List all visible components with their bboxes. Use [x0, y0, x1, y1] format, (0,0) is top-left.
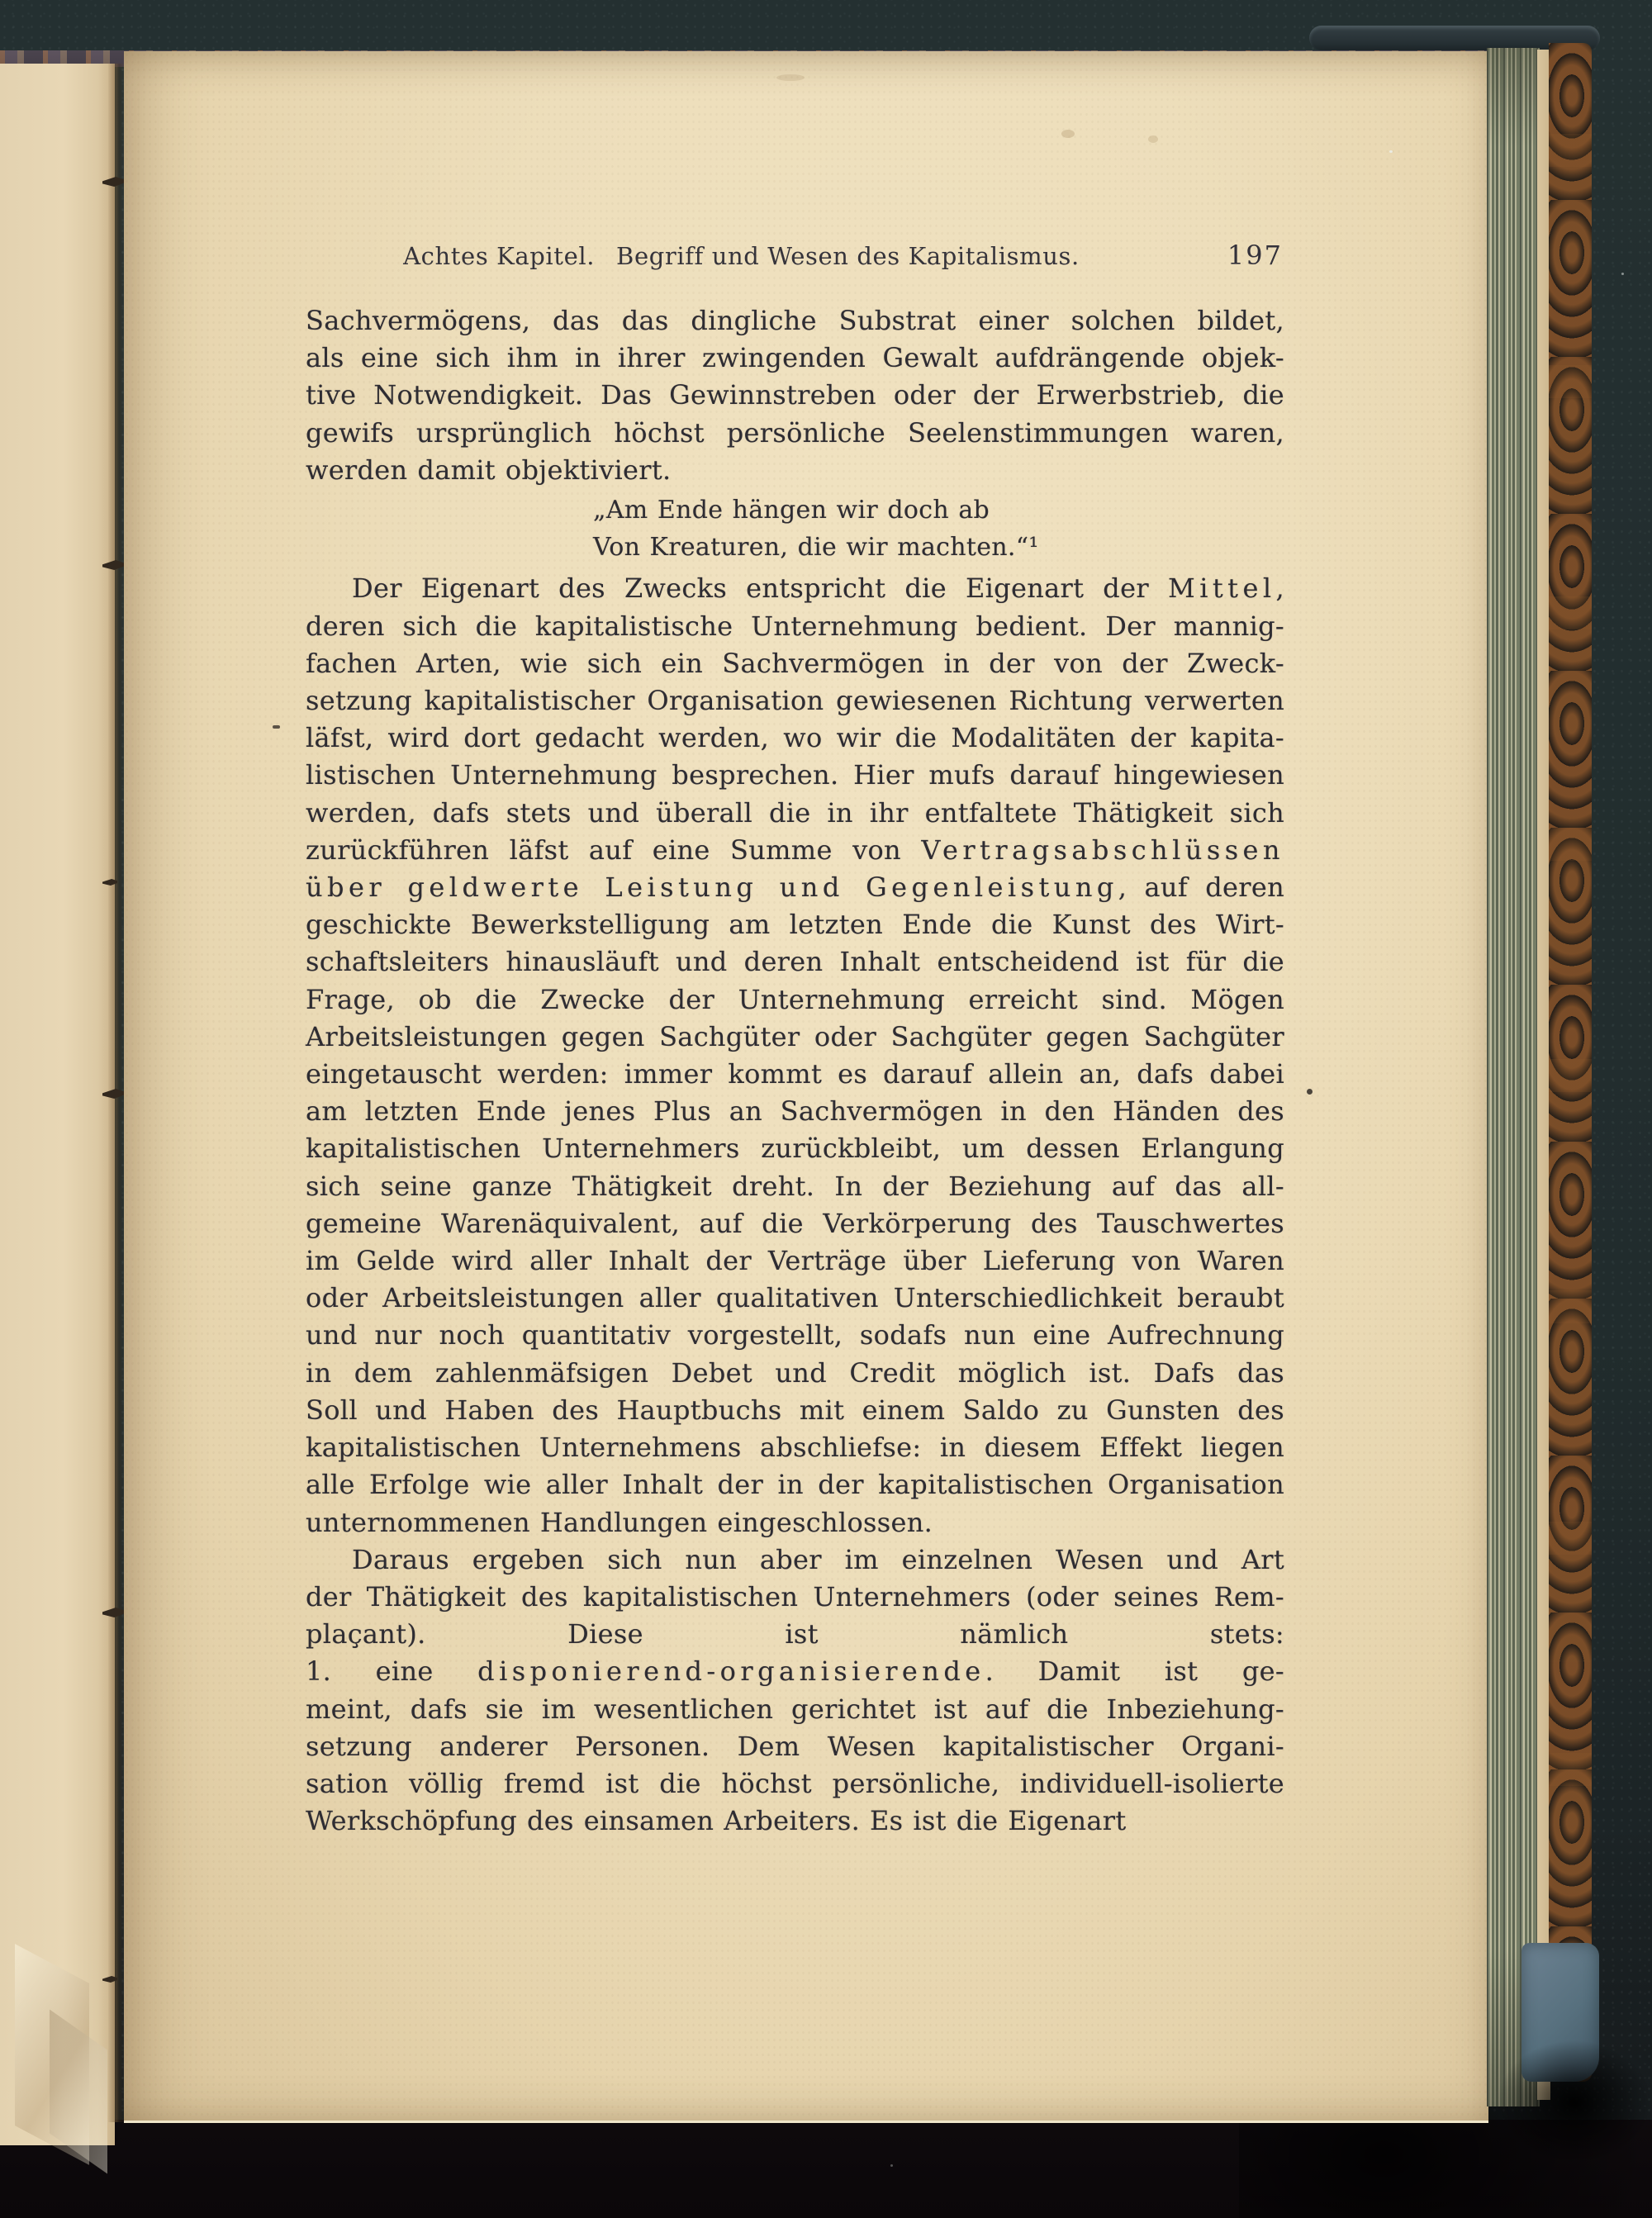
facing-page — [0, 64, 115, 2145]
text-line: eingetauscht werden: immer kommt es dara… — [306, 1056, 1284, 1093]
text-line: gemeine Warenäquivalent, auf die Verkörp… — [306, 1205, 1284, 1242]
text-line: alle Erfolge wie aller Inhalt der in der… — [306, 1466, 1284, 1503]
text-line: der Thätigkeit des kapitalistischen Unte… — [306, 1579, 1284, 1616]
running-header-text: Achtes Kapitel.Begriff und Wesen des Kap… — [306, 242, 1177, 270]
text-line: läfst, wird dort gedacht werden, wo wir … — [306, 720, 1284, 757]
text-line: werden, dafs stets und überall die in ih… — [306, 795, 1284, 832]
fore-edge-page-stack — [1487, 48, 1540, 2106]
text-line: zurückführen läfst auf eine Summe von Ve… — [306, 832, 1284, 869]
paragraph: Sachvermögens, das das dingliche Substra… — [306, 302, 1284, 489]
text-line: Der Eigenart des Zwecks entspricht die E… — [306, 570, 1284, 607]
page-number: 197 — [1227, 240, 1283, 271]
text-line: fachen Arten, wie sich ein Sachvermögen … — [306, 645, 1284, 682]
dust-speck — [890, 2164, 893, 2167]
text-line: Von Kreaturen, die wir machten.“¹ — [593, 529, 1284, 566]
text-line: setzung anderer Personen. Dem Wesen kapi… — [306, 1728, 1284, 1765]
text-line: deren sich die kapitalistische Unternehm… — [306, 608, 1284, 645]
text-line: unternommenen Handlungen eingeschlossen. — [306, 1504, 1284, 1541]
paragraph: Daraus ergeben sich nun aber im einzelne… — [306, 1541, 1284, 1840]
dust-speck — [1621, 273, 1624, 275]
text-line: meint, dafs sie im wesentlichen gerichte… — [306, 1691, 1284, 1728]
text-line: in dem zahlenmäfsigen Debet und Credit m… — [306, 1355, 1284, 1392]
text-line: oder Arbeitsleistungen aller qualitative… — [306, 1280, 1284, 1317]
chapter-label: Achtes Kapitel. — [403, 242, 595, 270]
text-line: tive Notwendigkeit. Das Gewinnstreben od… — [306, 377, 1284, 414]
text-line: schaftsleiters hinausläuft und deren Inh… — [306, 943, 1284, 981]
book-scan-scene: Achtes Kapitel.Begriff und Wesen des Kap… — [0, 0, 1652, 2218]
marbled-cover-board — [1549, 43, 1592, 2082]
text-line: sation völlig fremd ist die höchst persö… — [306, 1765, 1284, 1802]
text-line: Soll und Haben des Hauptbuchs mit einem … — [306, 1392, 1284, 1429]
text-line: werden damit objektiviert. — [306, 452, 1284, 489]
verse-quote: „Am Ende hängen wir doch abVon Kreaturen… — [593, 492, 1284, 566]
cover-corner-shadow — [1497, 2040, 1652, 2164]
text-line: 1. eine disponierend-organisierende. Dam… — [306, 1653, 1284, 1690]
text-line: über geldwerte Leistung und Gegenleistun… — [306, 869, 1284, 906]
paper-stain — [1148, 135, 1158, 143]
paragraph: Der Eigenart des Zwecks entspricht die E… — [306, 570, 1284, 1541]
text-line: „Am Ende hängen wir doch ab — [593, 492, 1284, 529]
text-line: im Gelde wird aller Inhalt der Verträge … — [306, 1242, 1284, 1280]
text-line: und nur noch quantitativ vorgestellt, so… — [306, 1317, 1284, 1354]
paper-stain — [776, 74, 805, 81]
text-line: Arbeitsleistungen gegen Sachgüter oder S… — [306, 1019, 1284, 1056]
text-line: kapitalistischen Unternehmens abschliefs… — [306, 1429, 1284, 1466]
text-line: als eine sich ihm in ihrer zwingenden Ge… — [306, 340, 1284, 377]
text-line: kapitalistischen Unternehmers zurückblei… — [306, 1130, 1284, 1167]
text-line: sich seine ganze Thätigkeit dreht. In de… — [306, 1168, 1284, 1205]
page-text: Sachvermögens, das das dingliche Substra… — [306, 302, 1284, 1840]
dust-speck — [1389, 150, 1393, 153]
text-line: am letzten Ende jenes Plus an Sachvermög… — [306, 1093, 1284, 1130]
text-line: Daraus ergeben sich nun aber im einzelne… — [306, 1541, 1284, 1579]
text-line: listischen Unternehmung besprechen. Hier… — [306, 757, 1284, 794]
page-title: Begriff und Wesen des Kapitalismus. — [616, 242, 1080, 270]
margin-mark — [273, 725, 280, 729]
text-line: plaçant). Diese ist nämlich stets: — [306, 1616, 1284, 1653]
text-line: gewifs ursprünglich höchst persönliche S… — [306, 415, 1284, 452]
running-header: Achtes Kapitel.Begriff und Wesen des Kap… — [306, 242, 1284, 278]
text-line: Werkschöpfung des einsamen Arbeiters. Es… — [306, 1802, 1284, 1840]
text-line: setzung kapitalistischer Organisation ge… — [306, 682, 1284, 720]
text-line: Frage, ob die Zwecke der Unternehmung er… — [306, 981, 1284, 1019]
text-line: Sachvermögens, das das dingliche Substra… — [306, 302, 1284, 340]
paper-stain — [1061, 130, 1075, 138]
text-line: geschickte Bewerkstelligung am letzten E… — [306, 906, 1284, 943]
margin-mark — [1307, 1089, 1313, 1095]
